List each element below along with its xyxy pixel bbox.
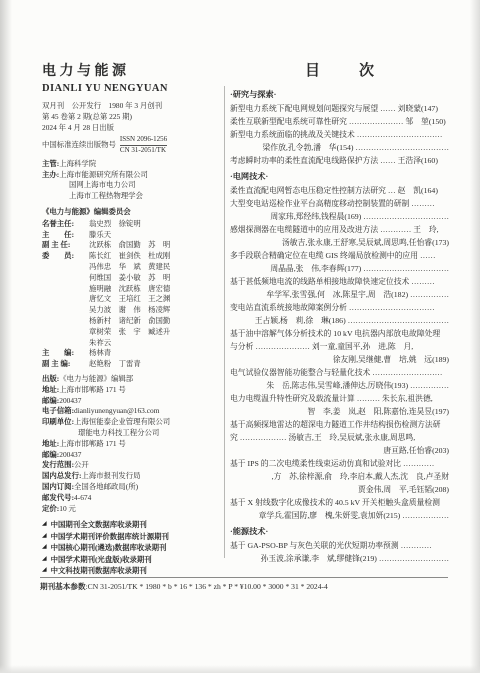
toc-line: ……………… 章学兵,霍国防,廖 槐,朱妍雯,袁加妍(215): [230, 509, 449, 522]
toc-line: …………… 牟学军,张雪强,何 冰,陈星宇,周 浩(182): [230, 288, 449, 301]
committee-row-continued: 何维国 姜小敏 苏 明: [42, 273, 222, 284]
indexing-item-label: 中国期刊全文数据库收录期刊: [51, 519, 147, 530]
toc-entry: 电气试验仪器智能功能整合与轻量化技术 …………………………………… 朱 岳,陈志…: [230, 366, 449, 392]
toc-line: 智 李,姜 岚,赵 阳,陈嘉怡,连昊昱(197): [230, 405, 449, 418]
indexing-item-label: 中国核心期刊(遴选)数据库收录期刊: [51, 542, 167, 553]
toc-line: 电力电缆温升特性研究及载流量计算 ……… 朱长东,祖洪德,: [230, 392, 449, 405]
committee-row: 副 主 编:赵艳粉 丁雷青: [42, 359, 222, 370]
publishing-row: 印刷单位:上海恒能泰企业管理有限公司: [42, 417, 222, 428]
toc-entry: 感烟探测器在电缆隧道中的应用及改进方法 ………… 王 玲,汤敏吉,张永康,王舒寒…: [230, 223, 449, 249]
committee-row-value: 滕乐天: [89, 230, 111, 241]
publishing-row: 发行范围:公开: [42, 460, 222, 471]
publishing-row-value: 上海市邯郸路 171 号: [59, 439, 126, 450]
committee-row-value: 陈长红 崔剑佚 杜成刚: [89, 251, 170, 262]
committee-row-value: 杨林青: [89, 348, 111, 359]
toc-line: 究 ……………… 汤敏吉,王 玲,吴辰斌,张永康,周思鸣,: [230, 431, 449, 444]
volume-issue-line: 第 45 卷第 2 期(总第 225 期): [42, 112, 222, 123]
toc-entry: 柔性互联新型配电系统可靠性研究 ………………… 邹 堃(150): [230, 115, 449, 128]
triangle-flag-icon: ◢: [42, 554, 47, 565]
publishing-row-value: 公开: [74, 460, 89, 471]
committee-row-continued: 冯伟忠 华 斌 黄建民: [42, 262, 222, 273]
indexing-item: ◢中国学术期刊评价数据库统计源期刊: [42, 531, 222, 542]
org-row-value: 上海科学院: [59, 159, 96, 170]
triangle-flag-icon: ◢: [42, 565, 47, 576]
page-edge-bottom: [0, 665, 480, 673]
toc-line: 唐亘路,任怡睿(203): [230, 444, 449, 457]
page-edge-left: [0, 0, 12, 673]
indexing-item-label: 中国学术期刊评价数据库统计源期刊: [51, 531, 169, 542]
committee-row-label: 主 任:: [42, 230, 89, 241]
publishing-row-label: 国内总发行:: [42, 471, 81, 482]
toc-line: 贾金伟,周 平,毛钰韬(208): [230, 483, 449, 496]
toc-line: 徐友刚,吴继健,曹 培,姚 远(189): [230, 353, 449, 366]
committee-row-label: 名誉主任:: [42, 219, 89, 230]
cn-number: CN 31-2051/TK: [120, 146, 167, 155]
toc-line: 基于甚低频地电流的线路单相接地故障快速定位技术 ………: [230, 275, 449, 288]
publishing-row-value: 200437: [59, 396, 81, 407]
toc-section-heading: ·能源技术·: [230, 525, 449, 538]
toc-entry: 新型电力系统面临的挑战及关键技术 ………………………………………………………………: [230, 128, 449, 154]
org-row-value: 上海市能源研究所有限公司: [59, 170, 148, 181]
masthead-column: 电力与能源 DIANLI YU NENGYUAN 双月刊 公开发行 1980 年…: [42, 64, 222, 576]
indexing-item-label: 中文科技期刊数据库收录期刊: [51, 565, 147, 576]
toc-line: 大型变电站巡检作业平台高精度移动控制装置的研制 ………: [230, 197, 449, 210]
org-row: 主办:上海市能源研究所有限公司: [42, 170, 222, 181]
toc-line: 多手段联合精确定位在电缆 GIS 终端局放检测中的应用 ……: [230, 249, 449, 262]
publishing-row: 出版:《电力与能源》编辑部: [42, 374, 222, 385]
publishing-row-value: 上海市邯郸路 171 号: [59, 385, 126, 396]
triangle-flag-icon: ◢: [42, 519, 47, 530]
toc-sections: ·研究与探索·新型电力系统下配电网规划问题探究与展望 …… 刘晓蒙(147)柔性…: [230, 88, 449, 565]
issn-codes: ISSN 2096-1256 CN 31-2051/TK: [120, 135, 167, 155]
toc-entry: 大型变电站巡检作业平台高精度移动控制装置的研制 …………………………………… 周…: [230, 197, 449, 223]
toc-entry: 基于油中溶解气体分析技术的 10 kV 电抗器内部放电故障处理与分析 ………………: [230, 327, 449, 366]
toc-entry: 基于高频探地雷达的超深电力隧道工作井结构损伤检测方法研究 ……………… 汤敏吉,…: [230, 418, 449, 457]
indexing-item: ◢中国核心期刊(遴选)数据库收录期刊: [42, 542, 222, 553]
publishing-row-label: 印刷单位:: [42, 417, 74, 428]
footer-value: :CN 31-2051/TK * 1980 * b * 16 * 136 * z…: [86, 582, 328, 591]
org-row: 主管:上海科学院: [42, 159, 222, 170]
committee-row-continued: 章树荣 张 宇 臧述升: [42, 327, 222, 338]
indexing-item-label: 中国学术期刊(光盘版)收录期刊: [51, 554, 152, 565]
toc-entry: 柔性直流配电网暂态电压稳定性控制方法研究 … 赵 凯(164): [230, 184, 449, 197]
publishing-row-value: dianliyunengyuan@163.com: [74, 406, 159, 417]
publishing-row-value: 全国各地邮政局(所): [74, 482, 138, 493]
indexing-item: ◢中国学术期刊(光盘版)收录期刊: [42, 554, 222, 565]
issn-block: 中国标准连续出版物号 ISSN 2096-1256 CN 31-2051/TK: [42, 135, 222, 155]
footer-label: 期刊基本参数: [40, 582, 86, 591]
toc-line: 考虑瞬时功率的柔性直流配电线路保护方法 …… 王浩泽(160): [230, 154, 449, 167]
committee-row-label: 主 编:: [42, 348, 89, 359]
publishing-row: 邮发代号:4-674: [42, 493, 222, 504]
toc-section: ·电网技术·柔性直流配电网暂态电压稳定性控制方法研究 … 赵 凯(164)大型变…: [230, 170, 449, 522]
publishing-row: 国内订阅:全国各地邮政局(所): [42, 482, 222, 493]
committee-rows: 名誉主任:翁史烈 徐锭明主 任:滕乐天副 主 任:沈跃栋 俞国勤 苏 明委 员:…: [42, 219, 222, 370]
toc-entry: 新型电力系统下配电网规划问题探究与展望 …… 刘晓蒙(147): [230, 102, 449, 115]
committee-row-value: 赵艳粉 丁雷青: [89, 359, 141, 370]
committee-row: 主 编:杨林青: [42, 348, 222, 359]
committee-row: 名誉主任:翁史烈 徐锭明: [42, 219, 222, 230]
committee-row-label: 副 主 编:: [42, 359, 89, 370]
triangle-flag-icon: ◢: [42, 542, 47, 553]
toc-line: 电气试验仪器智能功能整合与轻量化技术 ………………………: [230, 366, 449, 379]
committee-row-continued: 吴力波 谢 伟 杨凌辉: [42, 305, 222, 316]
toc-line: 基于 IPS 的二次电缆柔性线束运动仿真和试验对比 …………: [230, 457, 449, 470]
toc-section: ·研究与探索·新型电力系统下配电网规划问题探究与展望 …… 刘晓蒙(147)柔性…: [230, 88, 449, 167]
toc-line: …………… 朱 岳,陈志伟,吴雪峰,潘伸达,厉晓伟(193): [230, 379, 449, 392]
issn-label: 中国标准连续出版物号: [42, 140, 116, 151]
publishing-row-value: 上海市报刊发行局: [81, 471, 140, 482]
publishing-row: 地址:上海市邯郸路 171 号: [42, 439, 222, 450]
publishing-rows: 出版:《电力与能源》编辑部地址:上海市邯郸路 171 号邮编:200437电子信…: [42, 374, 222, 514]
publishing-row-value: 4-674: [74, 493, 91, 504]
publishing-row-label: 地址:: [42, 385, 59, 396]
toc-section-heading: ·电网技术·: [230, 170, 449, 183]
committee-row-continued: 朱祚云: [42, 338, 222, 349]
toc-line: 基于高频探地雷达的超深电力隧道工作井结构损伤检测方法研: [230, 418, 449, 431]
journal-parameters-footer: 期刊基本参数:CN 31-2051/TK * 1980 * b * 16 * 1…: [40, 577, 448, 592]
toc-entry: 变电站直流系统接地故障案例分析 …………………………………………………………………: [230, 301, 449, 327]
publishing-row-value: 上海恒能泰企业管理有限公司: [74, 417, 170, 428]
toc-entry: 基于 IPS 的二次电缆柔性线束运动仿真和试验对比 …………方 苏,徐梓源,俞 …: [230, 457, 449, 496]
committee-row-label: 委 员:: [42, 251, 89, 262]
publishing-row-label: 国内订阅:: [42, 482, 74, 493]
toc-line: 基于 X 射线数字化成像技术的 40.5 kV 开关柜触头盒质量检测: [230, 496, 449, 509]
toc-line: …………………………… 周晶晶,张 伟,李春辉(177): [230, 262, 449, 275]
publishing-row-value: 200437: [59, 450, 81, 461]
publishing-row-value: 《电力与能源》编辑部: [59, 374, 133, 385]
journal-toc-page: { "masthead": { "title_cn": "电力与能源", "ti…: [0, 0, 480, 673]
toc-column: 目 次 ·研究与探索·新型电力系统下配电网规划问题探究与展望 …… 刘晓蒙(14…: [230, 62, 449, 565]
org-row-label: 主办:: [42, 170, 59, 181]
toc-line: 柔性互联新型配电系统可靠性研究 ………………… 邹 堃(150): [230, 115, 449, 128]
publishing-row-label: 地址:: [42, 439, 59, 450]
committee-row-label: 副 主 任:: [42, 240, 89, 251]
toc-line: 基于油中溶解气体分析技术的 10 kV 电抗器内部放电故障处理: [230, 327, 449, 340]
toc-entry: 电力电缆温升特性研究及载流量计算 ……… 朱长东,祖洪德,智 李,姜 岚,赵 阳…: [230, 392, 449, 418]
toc-line: …………………………… 周家玮,郑经纬,钱程晨(169): [230, 210, 449, 223]
toc-line: 基于 GA-PSO-BP 与灰色关联的光伏短期功率预测 …………: [230, 539, 449, 552]
indexing-list: ◢中国期刊全文数据库收录期刊◢中国学术期刊评价数据库统计源期刊◢中国核心期刊(遴…: [42, 519, 222, 576]
toc-line: 变电站直流系统接地故障案例分析 ……………………………: [230, 301, 449, 314]
toc-line: 新型电力系统下配电网规划问题探究与展望 …… 刘晓蒙(147): [230, 102, 449, 115]
triangle-flag-icon: ◢: [42, 531, 47, 542]
committee-row-continued: 施明融 沈跃栋 唐宏德: [42, 284, 222, 295]
publishing-row-label: 出版:: [42, 374, 59, 385]
journal-title-cn: 电力与能源: [42, 64, 222, 80]
toc-section-heading: ·研究与探索·: [230, 88, 449, 101]
toc-line: 汤敏吉,张永康,王舒寒,吴辰斌,周思鸣,任怡睿(173): [230, 236, 449, 249]
committee-row: 委 员:陈长红 崔剑佚 杜成刚: [42, 251, 222, 262]
toc-entry: 基于甚低频地电流的线路单相接地故障快速定位技术 …………………… 牟学军,张雪强…: [230, 275, 449, 301]
toc-section: ·能源技术·基于 GA-PSO-BP 与灰色关联的光伏短期功率预测 …………………: [230, 525, 449, 565]
committee-row: 副 主 任:沈跃栋 俞国勤 苏 明: [42, 240, 222, 251]
toc-title: 目 次: [230, 62, 449, 80]
toc-entry: 多手段联合精确定位在电缆 GIS 终端局放检测中的应用 …………………………………: [230, 249, 449, 275]
toc-line: ……………………………… 梁作放,孔令勃,潘 华(154): [230, 141, 449, 154]
toc-entry: 基于 GA-PSO-BP 与灰色关联的光伏短期功率预测 …………………………………: [230, 539, 449, 565]
publishing-row-label: 邮编:: [42, 450, 59, 461]
committee-row-continued: 杨新村 诸纪新 俞国勤: [42, 316, 222, 327]
org-rows: 主管:上海科学院主办:上海市能源研究所有限公司国网上海市电力公司上海市工程热物理…: [42, 159, 222, 202]
publishing-row: 国内总发行:上海市报刊发行局: [42, 471, 222, 482]
toc-line: 新型电力系统面临的挑战及关键技术 ……………………………: [230, 128, 449, 141]
publishing-row-label: 定价:: [42, 504, 59, 515]
publishing-row-label: 电子信箱:: [42, 406, 74, 417]
toc-line: 感烟探测器在电缆隧道中的应用及改进方法 ………… 王 玲,: [230, 223, 449, 236]
toc-line: 方 苏,徐梓源,俞 玲,李启本,戴人杰,沈 良,卢圣财,: [230, 470, 449, 483]
committee-row: 主 任:滕乐天: [42, 230, 222, 241]
indexing-item: ◢中文科技期刊数据库收录期刊: [42, 565, 222, 576]
publishing-row: 定价:10 元: [42, 504, 222, 515]
publishing-row-label: 邮编:: [42, 396, 59, 407]
committee-heading: 《电力与能源》编辑委员会: [42, 207, 222, 218]
toc-line: 柔性直流配电网暂态电压稳定性控制方法研究 … 赵 凯(164): [230, 184, 449, 197]
frequency-line: 双月刊 公开发行 1980 年 3 月创刊: [42, 101, 222, 112]
indexing-item: ◢中国期刊全文数据库收录期刊: [42, 519, 222, 530]
publishing-row-value: 10 元: [59, 504, 76, 515]
org-row-label: 主管:: [42, 159, 59, 170]
committee-row-value: 沈跃栋 俞国勤 苏 明: [89, 240, 170, 251]
journal-title-pinyin: DIANLI YU NENGYUAN: [42, 82, 222, 95]
toc-entry: 基于 X 射线数字化成像技术的 40.5 kV 开关柜触头盒质量检测…………………: [230, 496, 449, 522]
issn-number: ISSN 2096-1256: [120, 135, 167, 146]
toc-line: ………………………………… 王占颖,杨 莉,徐 琳(186): [230, 314, 449, 327]
toc-entry: 考虑瞬时功率的柔性直流配电线路保护方法 …… 王浩泽(160): [230, 154, 449, 167]
org-row-continued: 上海市工程热物理学会: [42, 191, 222, 202]
committee-row-value: 翁史烈 徐锭明: [89, 219, 141, 230]
publishing-row-label: 发行范围:: [42, 460, 74, 471]
publishing-row: 邮编:200437: [42, 396, 222, 407]
committee-row-continued: 唐忆文 王培红 王之渊: [42, 294, 222, 305]
publishing-row: 电子信箱:dianliyunengyuan@163.com: [42, 406, 222, 417]
toc-line: 与分析 ………………… 刘一童,童国平,孙 进,陈 月,: [230, 340, 449, 353]
publishing-row-continued: 璟能电力科技工程分公司: [42, 428, 222, 439]
org-row-continued: 国网上海市电力公司: [42, 180, 222, 191]
publishing-row: 地址:上海市邯郸路 171 号: [42, 385, 222, 396]
publishing-row-label: 邮发代号:: [42, 493, 74, 504]
page-edge-right: [470, 0, 480, 673]
column-divider: [224, 86, 225, 558]
publishing-row: 邮编:200437: [42, 450, 222, 461]
publish-date-line: 2024 年 4 月 28 日出版: [42, 123, 222, 134]
toc-line: ……………………… 孙玉波,涂承谦,李 斌,缪健锋(219): [230, 552, 449, 565]
